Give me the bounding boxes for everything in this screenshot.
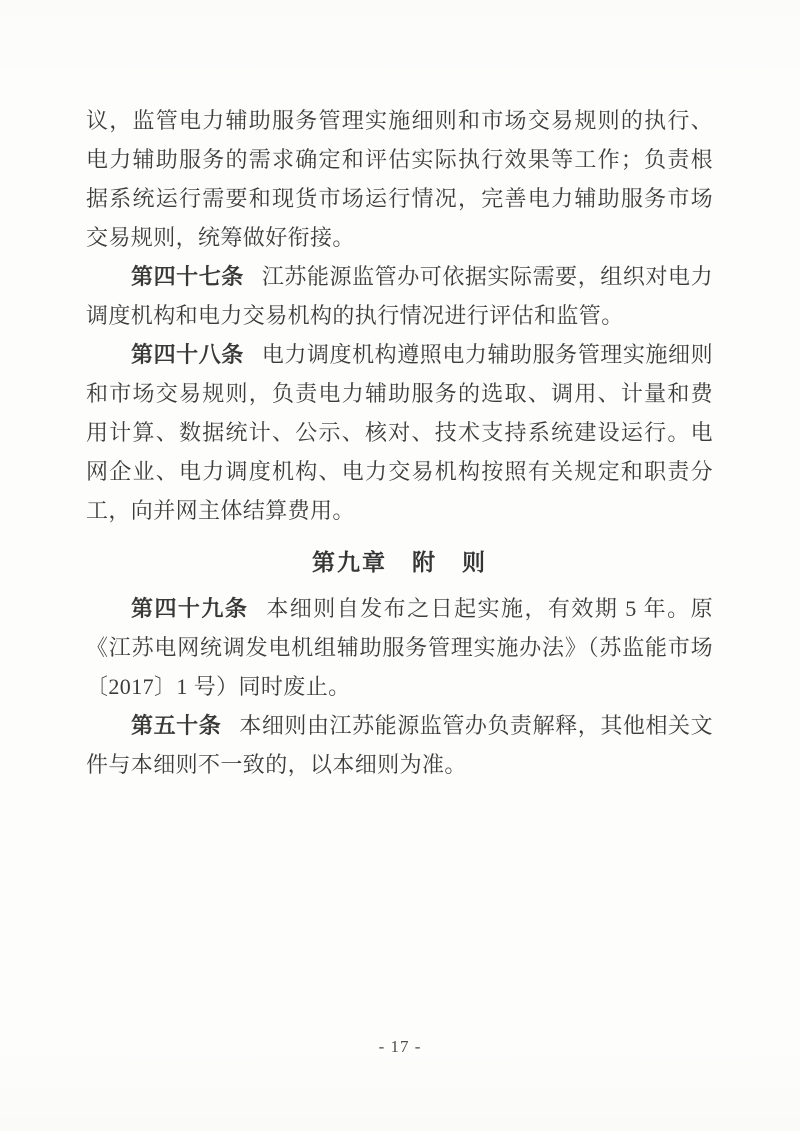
article-number-label: 第五十条 — [131, 713, 221, 738]
paragraph-article-47: 第四十七条江苏能源监管办可依据实际需要，组织对电力调度机构和电力交易机构的执行情… — [86, 257, 713, 335]
paragraph-text: 电力调度机构遵照电力辅助服务管理实施细则和市场交易规则，负责电力辅助服务的选取、… — [86, 342, 713, 523]
chapter-heading: 第九章 附 则 — [86, 543, 713, 582]
paragraph-text: 议，监管电力辅助服务管理实施细则和市场交易规则的执行、电力辅助服务的需求确定和评… — [86, 108, 713, 250]
document-body: 议，监管电力辅助服务管理实施细则和市场交易规则的执行、电力辅助服务的需求确定和评… — [86, 101, 713, 784]
paragraph-article-48: 第四十八条电力调度机构遵照电力辅助服务管理实施细则和市场交易规则，负责电力辅助服… — [86, 335, 713, 530]
paragraph-continued: 议，监管电力辅助服务管理实施细则和市场交易规则的执行、电力辅助服务的需求确定和评… — [86, 101, 713, 257]
article-number-label: 第四十七条 — [131, 264, 244, 289]
paragraph-article-49: 第四十九条本细则自发布之日起实施，有效期 5 年。原《江苏电网统调发电机组辅助服… — [86, 589, 713, 706]
article-number-label: 第四十八条 — [131, 342, 244, 367]
article-number-label: 第四十九条 — [131, 596, 248, 621]
page-footer: - 17 - — [0, 1037, 800, 1057]
paragraph-article-50: 第五十条本细则由江苏能源监管办负责解释，其他相关文件与本细则不一致的，以本细则为… — [86, 706, 713, 784]
page-number: - 17 - — [379, 1037, 422, 1056]
document-page: 议，监管电力辅助服务管理实施细则和市场交易规则的执行、电力辅助服务的需求确定和评… — [0, 0, 800, 1131]
